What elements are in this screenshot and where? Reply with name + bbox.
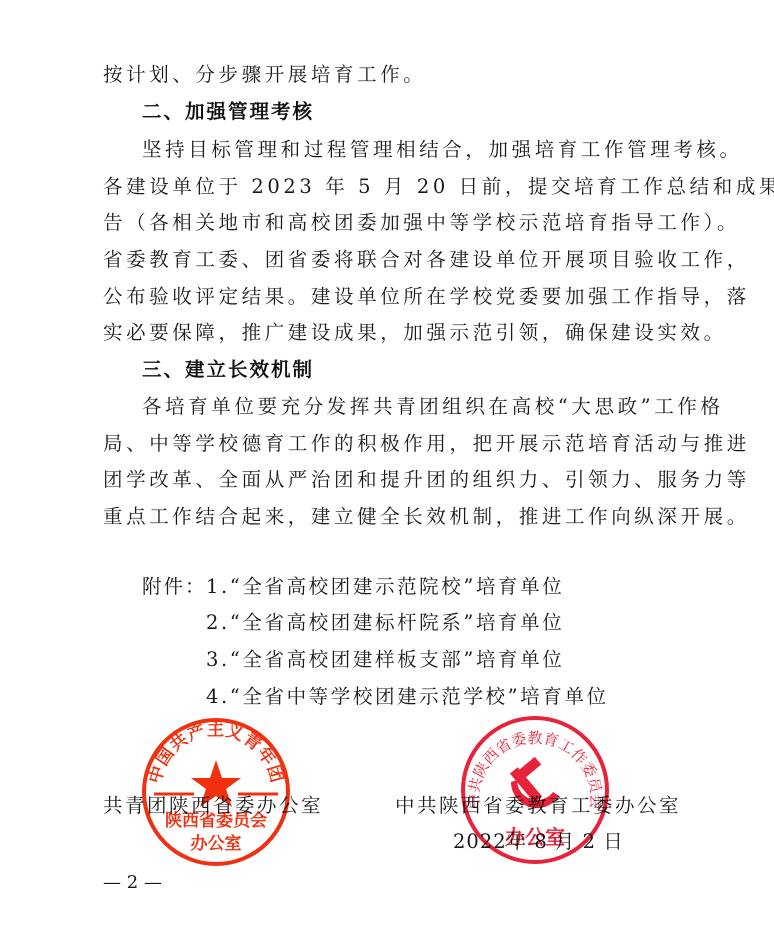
body-line: 公布验收评定结果。建设单位所在学校党委要加强工作指导，落 [103,285,750,309]
body-line: 省委教育工委、团省委将联合对各建设单位开展项目验收工作， [103,248,750,272]
official-seal-education-committee: 中共陕西省委教育工作委员会 办公室 [459,714,611,866]
body-line: 团学改革、全面从严治团和提升团的组织力、引领力、服务力等 [103,468,750,492]
seal-center-text: 陕西省委员会 [165,810,267,831]
attachment-item: 4.“全省中等学校团建示范学校”培育单位 [206,685,609,709]
section-heading-3: 三、建立长效机制 [142,358,314,382]
attachment-item: 2.“全省高校团建标杆院系”培育单位 [206,611,564,635]
section-heading-2: 二、加强管理考核 [142,100,314,124]
attachment-item: 1.“全省高校团建示范院校”培育单位 [206,575,564,599]
attachments-label: 附件： [142,575,207,599]
hammer-sickle-icon [510,757,559,808]
body-line: 局、中等学校德育工作的积极作用，把开展示范培育活动与推进 [103,432,750,456]
attachment-item: 3.“全省高校团建样板支部”培育单位 [206,648,564,672]
star-icon [191,760,241,807]
body-line: 各培育单位要充分发挥共青团组织在高校“大思政”工作格 [142,395,724,419]
body-line: 按计划、分步骤开展培育工作。 [103,63,426,87]
official-seal-youth-league: 中国共产主义青年团 陕西省委员会 办公室 [140,716,292,868]
body-line: 告（各相关地市和高校团委加强中等学校示范培育指导工作）。 [103,211,740,235]
body-line: 坚持目标管理和过程管理相结合，加强培育工作管理考核。 [142,138,743,162]
body-line: 重点工作结合起来，建立健全长效机制，推进工作向纵深开展。 [103,505,750,529]
seal-center-text: 办公室 [191,833,242,854]
seal-center-text: 办公室 [505,825,565,849]
body-line: 实必要保障，推广建设成果，加强示范引领，确保建设实效。 [103,321,727,345]
page-number: — 2 — [103,872,162,893]
body-line: 各建设单位于 2023 年 5 月 20 日前，提交培育工作总结和成果报 [103,175,774,199]
